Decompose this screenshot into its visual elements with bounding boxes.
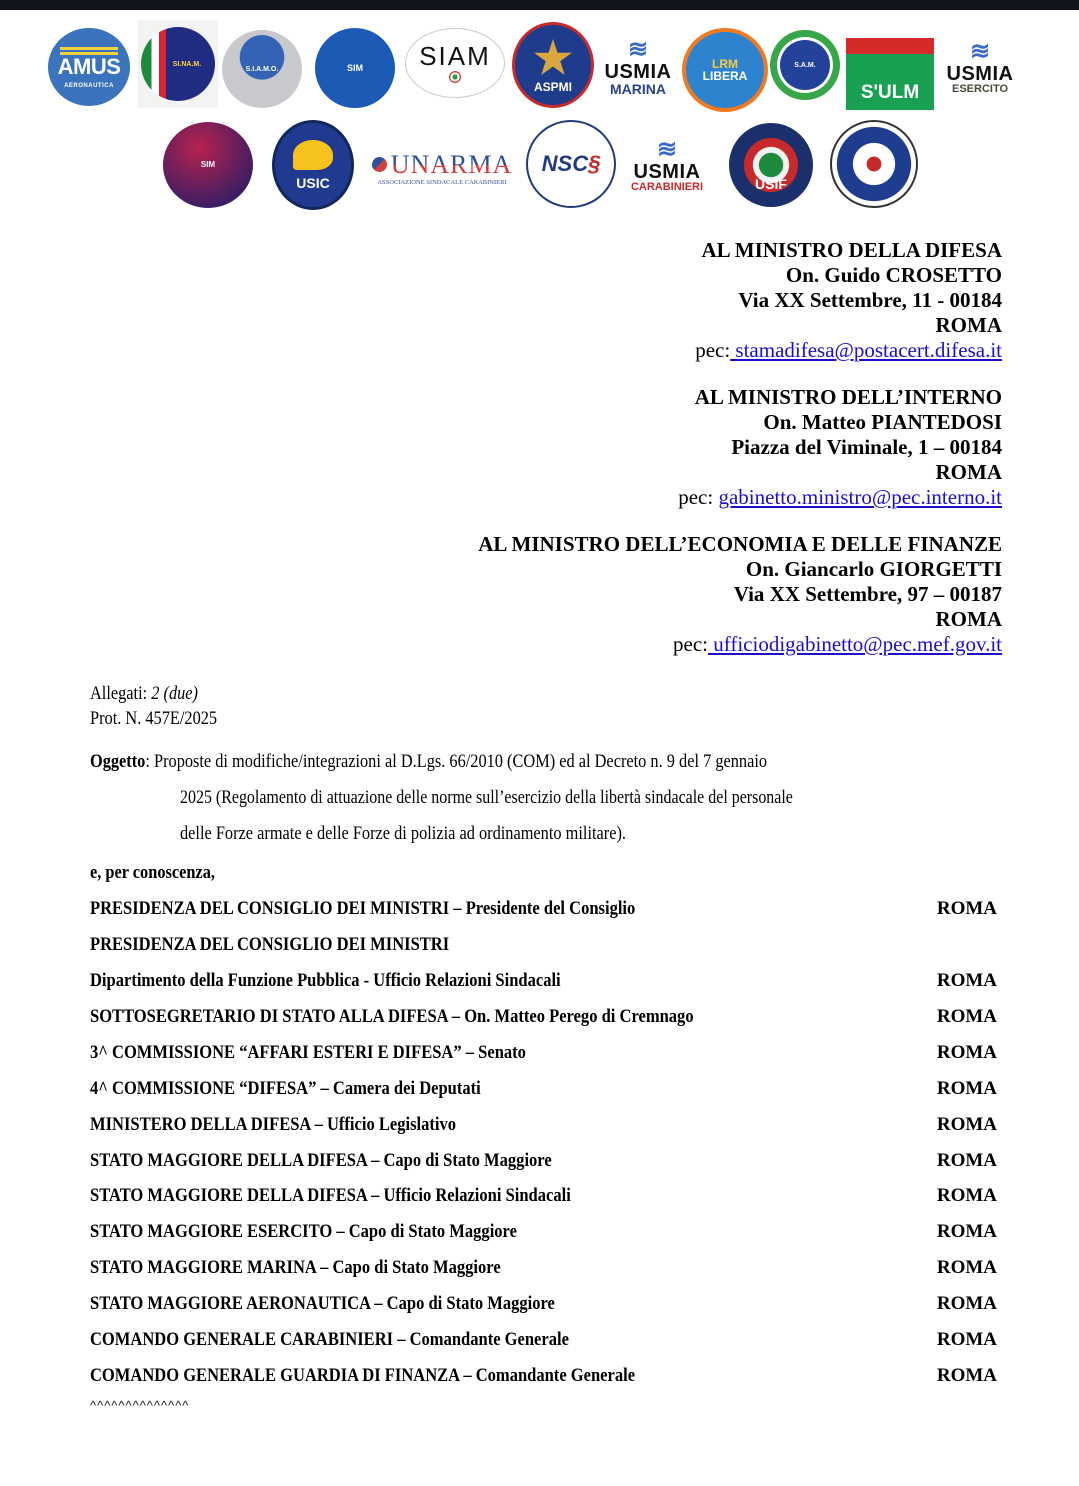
silf-logo <box>828 118 920 210</box>
cc-city: ROMA <box>937 1365 997 1387</box>
recipient-block: AL MINISTRO DELL’INTERNO On. Matteo PIAN… <box>678 385 1002 510</box>
recipient-title: AL MINISTRO DELL’ECONOMIA E DELLE FINANZ… <box>478 532 1002 557</box>
swoosh-icon: ≋ <box>657 138 677 162</box>
recipient-pec: pec: stamadifesa@postacert.difesa.it <box>695 338 1002 363</box>
subject-line-1: Oggetto: Proposte di modifiche/integrazi… <box>90 744 881 780</box>
swoosh-icon: ≋ <box>628 38 648 62</box>
allegati-line: Allegati: 2 (due) <box>90 683 216 705</box>
cc-city: ROMA <box>937 1329 997 1351</box>
cc-recipient: SOTTOSEGRETARIO DI STATO ALLA DIFESA – O… <box>90 1006 694 1028</box>
recipient-pec: pec: gabinetto.ministro@pec.interno.it <box>678 485 1002 510</box>
cc-city: ROMA <box>937 1257 997 1279</box>
usmia-marina-logo-name: USMIA <box>605 62 672 82</box>
recipient-title: AL MINISTRO DELL’INTERNO <box>678 385 1002 410</box>
unarma-emblem-icon <box>372 157 387 172</box>
footer-separator: ^^^^^^^^^^^^^^ <box>90 1398 189 1413</box>
allegati-label: Allegati: <box>90 683 151 704</box>
cc-city: ROMA <box>937 1185 997 1207</box>
libera-logo: LRM LIBERA <box>682 28 768 112</box>
cc-recipient: STATO MAGGIORE AERONAUTICA – Capo di Sta… <box>90 1293 555 1315</box>
cc-recipient: STATO MAGGIORE DELLA DIFESA – Capo di St… <box>90 1150 552 1172</box>
amus-logo-name: AMUS <box>58 56 121 78</box>
sam-logo: S.A.M. <box>770 22 840 108</box>
usif-logo: USIF <box>726 120 816 210</box>
recipient-city: ROMA <box>695 313 1002 338</box>
usmia-esercito-logo-subtitle: ESERCITO <box>952 84 1008 95</box>
cc-recipient: 3^ COMMISSIONE “AFFARI ESTERI E DIFESA” … <box>90 1042 526 1064</box>
unarma-logo-name: UNARMA <box>391 152 513 178</box>
cc-heading: e, per conoscenza, <box>90 862 235 884</box>
pec-link[interactable]: ufficiodigabinetto@pec.mef.gov.it <box>708 632 1002 656</box>
siamo-logo-name: S.I.A.M.O. <box>246 66 279 73</box>
usic-logo-name: USIC <box>296 176 329 190</box>
unarma-logo-subtitle: ASSOCIAZIONE SINDACALE CARABINIERI <box>377 180 506 187</box>
cc-recipient: STATO MAGGIORE ESERCITO – Capo di Stato … <box>90 1221 517 1243</box>
swoosh-icon: ≋ <box>970 40 990 64</box>
subject-block: Oggetto: Proposte di modifiche/integrazi… <box>90 744 1010 852</box>
cc-recipient: PRESIDENZA DEL CONSIGLIO DEI MINISTRI <box>90 934 449 956</box>
siamo-logo: S.I.A.M.O. <box>222 30 302 108</box>
pec-link[interactable]: gabinetto.ministro@pec.interno.it <box>718 485 1002 509</box>
usmia-carabinieri-logo-subtitle: CARABINIERI <box>631 182 703 193</box>
sim-marina-logo-name: SIM <box>347 64 363 73</box>
recipient-name: On. Guido CROSETTO <box>695 263 1002 288</box>
subject-line-3: delle Forze armate e delle Forze di poli… <box>180 816 894 852</box>
cc-recipient: STATO MAGGIORE MARINA – Capo di Stato Ma… <box>90 1257 501 1279</box>
subject-text: Proposte di modifiche/integrazioni al D.… <box>154 751 767 772</box>
cc-recipient: COMANDO GENERALE GUARDIA DI FINANZA – Co… <box>90 1365 635 1387</box>
cc-recipient: PRESIDENZA DEL CONSIGLIO DEI MINISTRI – … <box>90 898 635 920</box>
recipient-name: On. Matteo PIANTEDOSI <box>678 410 1002 435</box>
subject-label: Oggetto <box>90 751 145 772</box>
pec-label: pec: <box>673 632 708 656</box>
sinam-logo: SI.NA.M. <box>138 20 218 108</box>
usic-logo: USIC <box>272 120 354 210</box>
siam-logo-name: SIAM <box>419 43 491 69</box>
flame-icon <box>293 140 333 170</box>
amus-logo: AMUS AERONAUTICA <box>48 28 130 106</box>
cc-city: ROMA <box>937 1042 997 1064</box>
recipient-pec: pec: ufficiodigabinetto@pec.mef.gov.it <box>478 632 1002 657</box>
cc-recipient: STATO MAGGIORE DELLA DIFESA – Ufficio Re… <box>90 1185 571 1207</box>
pec-label: pec: <box>695 338 730 362</box>
pec-link[interactable]: stamadifesa@postacert.difesa.it <box>730 338 1002 362</box>
usmia-carabinieri-logo: ≋ USMIA CARABINIERI <box>620 120 714 210</box>
siulm-logo-name: S'ULM <box>861 83 919 102</box>
sinam-logo-name: SI.NA.M. <box>141 27 215 101</box>
sim-carabinieri-logo: SIM <box>163 122 253 208</box>
subject-line-2: 2025 (Regolamento di attuazione delle no… <box>180 780 877 816</box>
protocol-number: Prot. N. 457E/2025 <box>90 708 217 730</box>
usmia-carabinieri-logo-name: USMIA <box>634 162 701 182</box>
cc-city: ROMA <box>937 1078 997 1100</box>
sim-carabinieri-logo-name: SIM <box>201 161 215 169</box>
scorpion-icon: § <box>588 151 600 177</box>
siulm-logo: S'ULM <box>846 38 934 110</box>
usif-logo-name: USIF <box>729 123 813 207</box>
star-icon: ★ <box>533 37 572 81</box>
silf-logo-ring <box>830 120 918 208</box>
cc-city: ROMA <box>937 970 997 992</box>
usmia-esercito-logo: ≋ USMIA ESERCITO <box>944 24 1016 110</box>
cc-city: ROMA <box>937 1006 997 1028</box>
allegati-value: 2 (due) <box>151 683 198 704</box>
sim-marina-logo: SIM <box>315 28 395 108</box>
cc-heading-text: e, per conoscenza, <box>90 862 215 884</box>
siam-logo: SIAM <box>405 28 505 98</box>
cc-recipient: MINISTERO DELLA DIFESA – Ufficio Legisla… <box>90 1114 456 1136</box>
usmia-marina-logo-subtitle: MARINA <box>610 82 666 96</box>
aspmi-logo: ★ ASPMI <box>512 22 594 108</box>
protocol-line: Prot. N. 457E/2025 <box>90 708 238 730</box>
recipient-address: Via XX Settembre, 97 – 00187 <box>478 582 1002 607</box>
recipient-name: On. Giancarlo GIORGETTI <box>478 557 1002 582</box>
cc-city: ROMA <box>937 1150 997 1172</box>
cc-city: ROMA <box>937 898 997 920</box>
cc-recipient: COMANDO GENERALE CARABINIERI – Comandant… <box>90 1329 569 1351</box>
libera-logo-name: LIBERA <box>703 70 748 82</box>
recipient-address: Piazza del Viminale, 1 – 00184 <box>678 435 1002 460</box>
recipient-city: ROMA <box>678 460 1002 485</box>
recipient-address: Via XX Settembre, 11 - 00184 <box>695 288 1002 313</box>
top-status-bar <box>0 0 1079 10</box>
sam-logo-name: S.A.M. <box>770 30 840 100</box>
unarma-logo: UNARMA ASSOCIAZIONE SINDACALE CARABINIER… <box>362 146 522 192</box>
cc-recipient: Dipartimento della Funzione Pubblica - U… <box>90 970 561 992</box>
pec-label: pec: <box>678 485 718 509</box>
recipient-block: AL MINISTRO DELL’ECONOMIA E DELLE FINANZ… <box>478 532 1002 657</box>
aspmi-logo-name: ASPMI <box>534 81 572 93</box>
usmia-esercito-logo-name: USMIA <box>947 64 1014 84</box>
nsc-logo: NSC§ <box>526 120 616 208</box>
roundel-icon <box>449 71 461 83</box>
cc-city: ROMA <box>937 1221 997 1243</box>
recipient-block: AL MINISTRO DELLA DIFESA On. Guido CROSE… <box>695 238 1002 363</box>
recipient-title: AL MINISTRO DELLA DIFESA <box>695 238 1002 263</box>
amus-logo-subtitle: AERONAUTICA <box>64 83 114 89</box>
usmia-marina-logo: ≋ USMIA MARINA <box>602 24 674 110</box>
cc-recipient: 4^ COMMISSIONE “DIFESA” – Camera dei Dep… <box>90 1078 481 1100</box>
recipient-city: ROMA <box>478 607 1002 632</box>
nsc-logo-name: NSC <box>542 153 588 175</box>
cc-city: ROMA <box>937 1293 997 1315</box>
cc-city: ROMA <box>937 1114 997 1136</box>
